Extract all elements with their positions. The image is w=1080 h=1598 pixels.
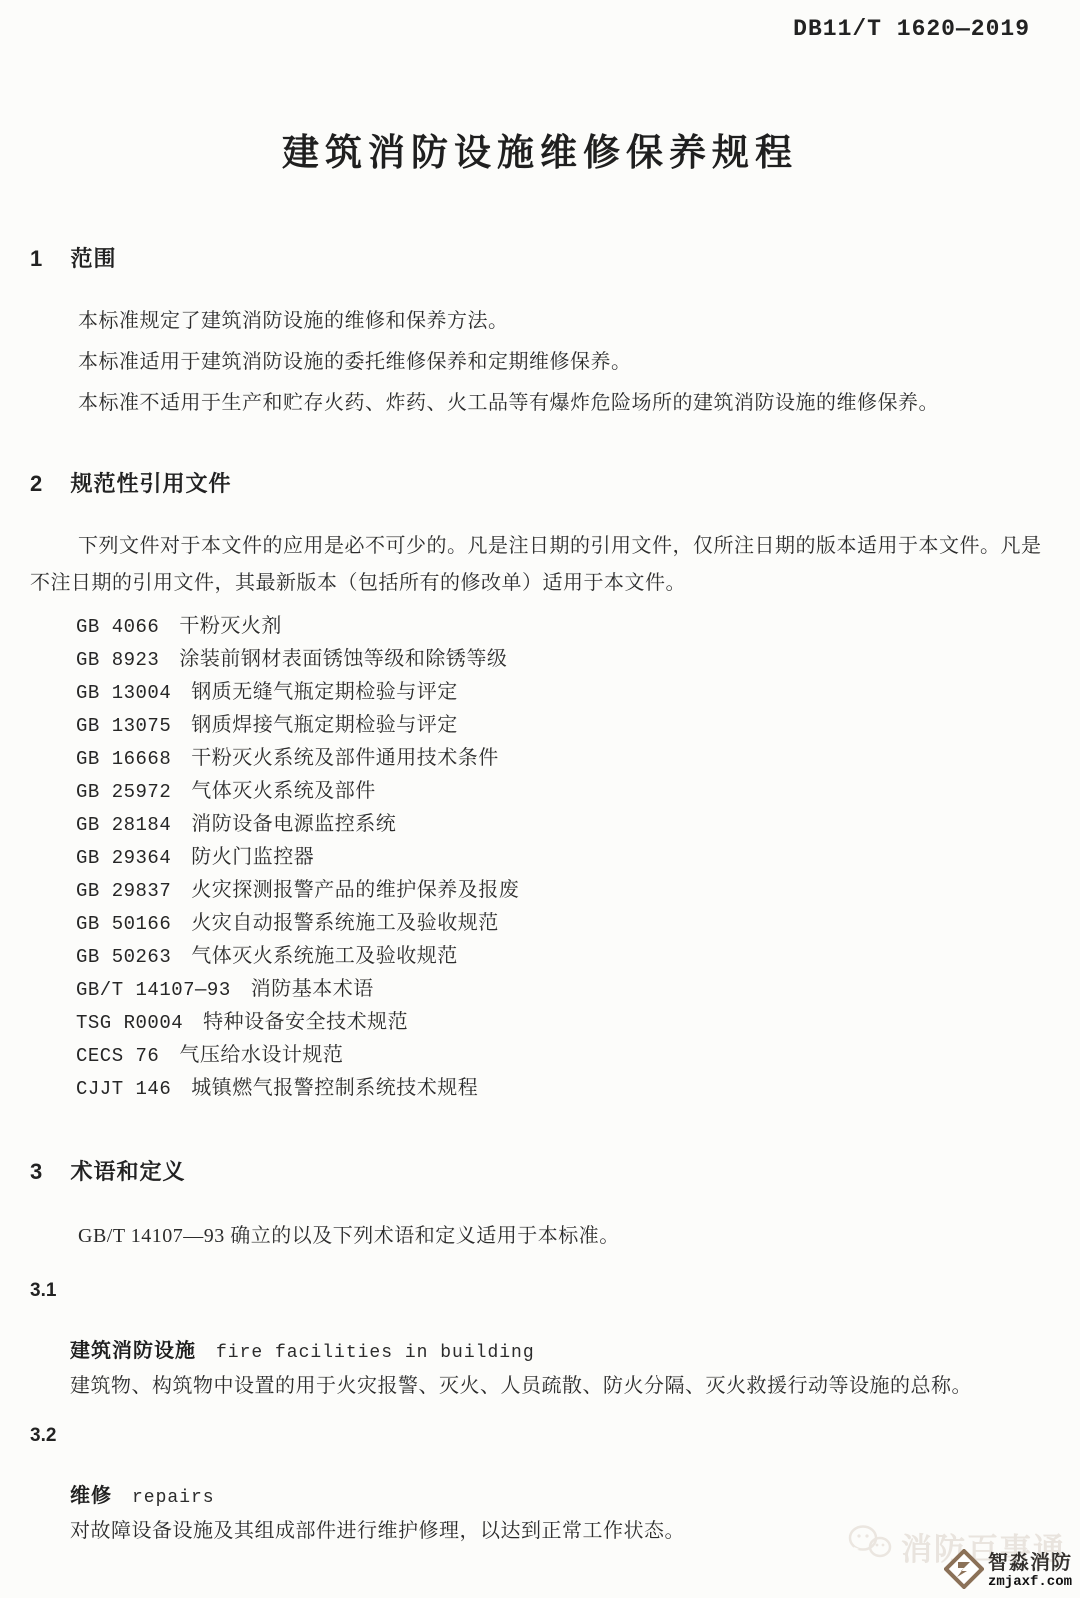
term-definition: 建筑物、构筑物中设置的用于火灾报警、灭火、人员疏散、防火分隔、灭火救援行动等设施… [30,1369,1050,1403]
reference-item: GB 25972气体灭火系统及部件 [76,775,1050,808]
reference-item: CECS 76气压给水设计规范 [76,1039,1050,1072]
reference-code: GB 4066 [76,616,159,638]
term-name: 维修repairs [30,1479,1050,1508]
reference-code: CJJT 146 [76,1078,171,1100]
section-number: 3 [30,1159,64,1185]
document-page: DB11/T 1620—2019 建筑消防设施维修保养规程 1 范围 本标准规定… [0,0,1080,1598]
reference-item: TSG R0004特种设备安全技术规范 [76,1006,1050,1039]
reference-item: GB 4066干粉灭火剂 [76,610,1050,643]
reference-title: 钢质无缝气瓶定期检验与评定 [191,681,458,703]
reference-title: 防火门监控器 [191,846,314,868]
reference-title: 火灾探测报警产品的维护保养及报废 [191,879,519,901]
reference-item: GB 28184消防设备电源监控系统 [76,808,1050,841]
reference-code: GB 50166 [76,913,171,935]
term-name-zh: 维修 [70,1485,112,1507]
reference-item: GB 50166火灾自动报警系统施工及验收规范 [76,907,1050,940]
reference-item: GB/T 14107—93消防基本术语 [76,973,1050,1006]
reference-title: 城镇燃气报警控制系统技术规程 [191,1077,478,1099]
reference-item: GB 13004钢质无缝气瓶定期检验与评定 [76,676,1050,709]
reference-code: GB 25972 [76,781,171,803]
reference-code: GB 29364 [76,847,171,869]
doc-title: 建筑消防设施维修保养规程 [30,122,1050,176]
reference-title: 干粉灭火剂 [179,615,282,637]
reference-item: CJJT 146城镇燃气报警控制系统技术规程 [76,1072,1050,1105]
reference-code: GB/T 14107—93 [76,979,231,1001]
reference-title: 火灾自动报警系统施工及验收规范 [191,912,499,934]
logo-url: zmjaxf.com [988,1574,1072,1590]
section-title: 范围 [71,246,117,271]
reference-code: GB 29837 [76,880,171,902]
scope-paragraphs: 本标准规定了建筑消防设施的维修和保养方法。 本标准适用于建筑消防设施的委托维修保… [30,303,1050,421]
reference-item: GB 13075钢质焊接气瓶定期检验与评定 [76,709,1050,742]
reference-title: 特种设备安全技术规范 [203,1011,408,1033]
reference-title: 消防基本术语 [251,978,374,1000]
reference-title: 干粉灭火系统及部件通用技术条件 [191,747,499,769]
scope-paragraph: 本标准适用于建筑消防设施的委托维修保养和定期维修保养。 [30,344,1050,380]
term-name: 建筑消防设施fire facilities in building [30,1334,1050,1363]
zhimiao-logo: 智淼消防 zmjaxf.com [944,1549,1072,1594]
logo-name: 智淼消防 [988,1553,1072,1574]
reference-code: GB 13004 [76,682,171,704]
term-number: 3.1 [30,1280,1050,1302]
reference-title: 钢质焊接气瓶定期检验与评定 [191,714,458,736]
reference-title: 气体灭火系统及部件 [191,780,376,802]
reference-code: TSG R0004 [76,1012,183,1034]
scope-paragraph: 本标准规定了建筑消防设施的维修和保养方法。 [30,303,1050,339]
reference-item: GB 50263气体灭火系统施工及验收规范 [76,940,1050,973]
reference-code: CECS 76 [76,1045,159,1067]
section-heading-scope: 1 范围 [30,242,1050,273]
reference-title: 涂装前钢材表面锈蚀等级和除锈等级 [179,648,507,670]
section-heading-terms: 3 术语和定义 [30,1155,1050,1186]
terms-intro: GB/T 14107—93 确立的以及下列术语和定义适用于本标准。 [30,1218,1050,1254]
zhimiao-logo-text: 智淼消防 zmjaxf.com [988,1553,1072,1590]
section-number: 2 [30,471,64,497]
reference-item: GB 29364防火门监控器 [76,841,1050,874]
reference-item: GB 16668干粉灭火系统及部件通用技术条件 [76,742,1050,775]
section-title: 术语和定义 [71,1159,186,1184]
reference-code: GB 16668 [76,748,171,770]
term-name-zh: 建筑消防设施 [70,1340,196,1362]
reference-code: GB 8923 [76,649,159,671]
term-number: 3.2 [30,1425,1050,1447]
reference-code: GB 28184 [76,814,171,836]
references-intro: 下列文件对于本文件的应用是必不可少的。凡是注日期的引用文件，仅所注日期的版本适用… [30,528,1050,602]
reference-item: GB 29837火灾探测报警产品的维护保养及报废 [76,874,1050,907]
section-heading-references: 2 规范性引用文件 [30,467,1050,498]
term-name-en: repairs [132,1488,215,1508]
reference-title: 气压给水设计规范 [179,1044,343,1066]
section-title: 规范性引用文件 [71,471,232,496]
wechat-bubbles-icon [847,1522,895,1570]
reference-list: GB 4066干粉灭火剂 GB 8923涂装前钢材表面锈蚀等级和除锈等级 GB … [30,610,1050,1105]
scope-paragraph: 本标准不适用于生产和贮存火药、炸药、火工品等有爆炸危险场所的建筑消防设施的维修保… [30,385,1050,421]
reference-title: 消防设备电源监控系统 [191,813,396,835]
term-name-en: fire facilities in building [216,1343,535,1363]
diamond-logo-icon [944,1549,984,1594]
section-number: 1 [30,246,64,272]
reference-code: GB 13075 [76,715,171,737]
reference-item: GB 8923涂装前钢材表面锈蚀等级和除锈等级 [76,643,1050,676]
reference-code: GB 50263 [76,946,171,968]
doc-code-header: DB11/T 1620—2019 [30,0,1050,42]
reference-title: 气体灭火系统施工及验收规范 [191,945,458,967]
